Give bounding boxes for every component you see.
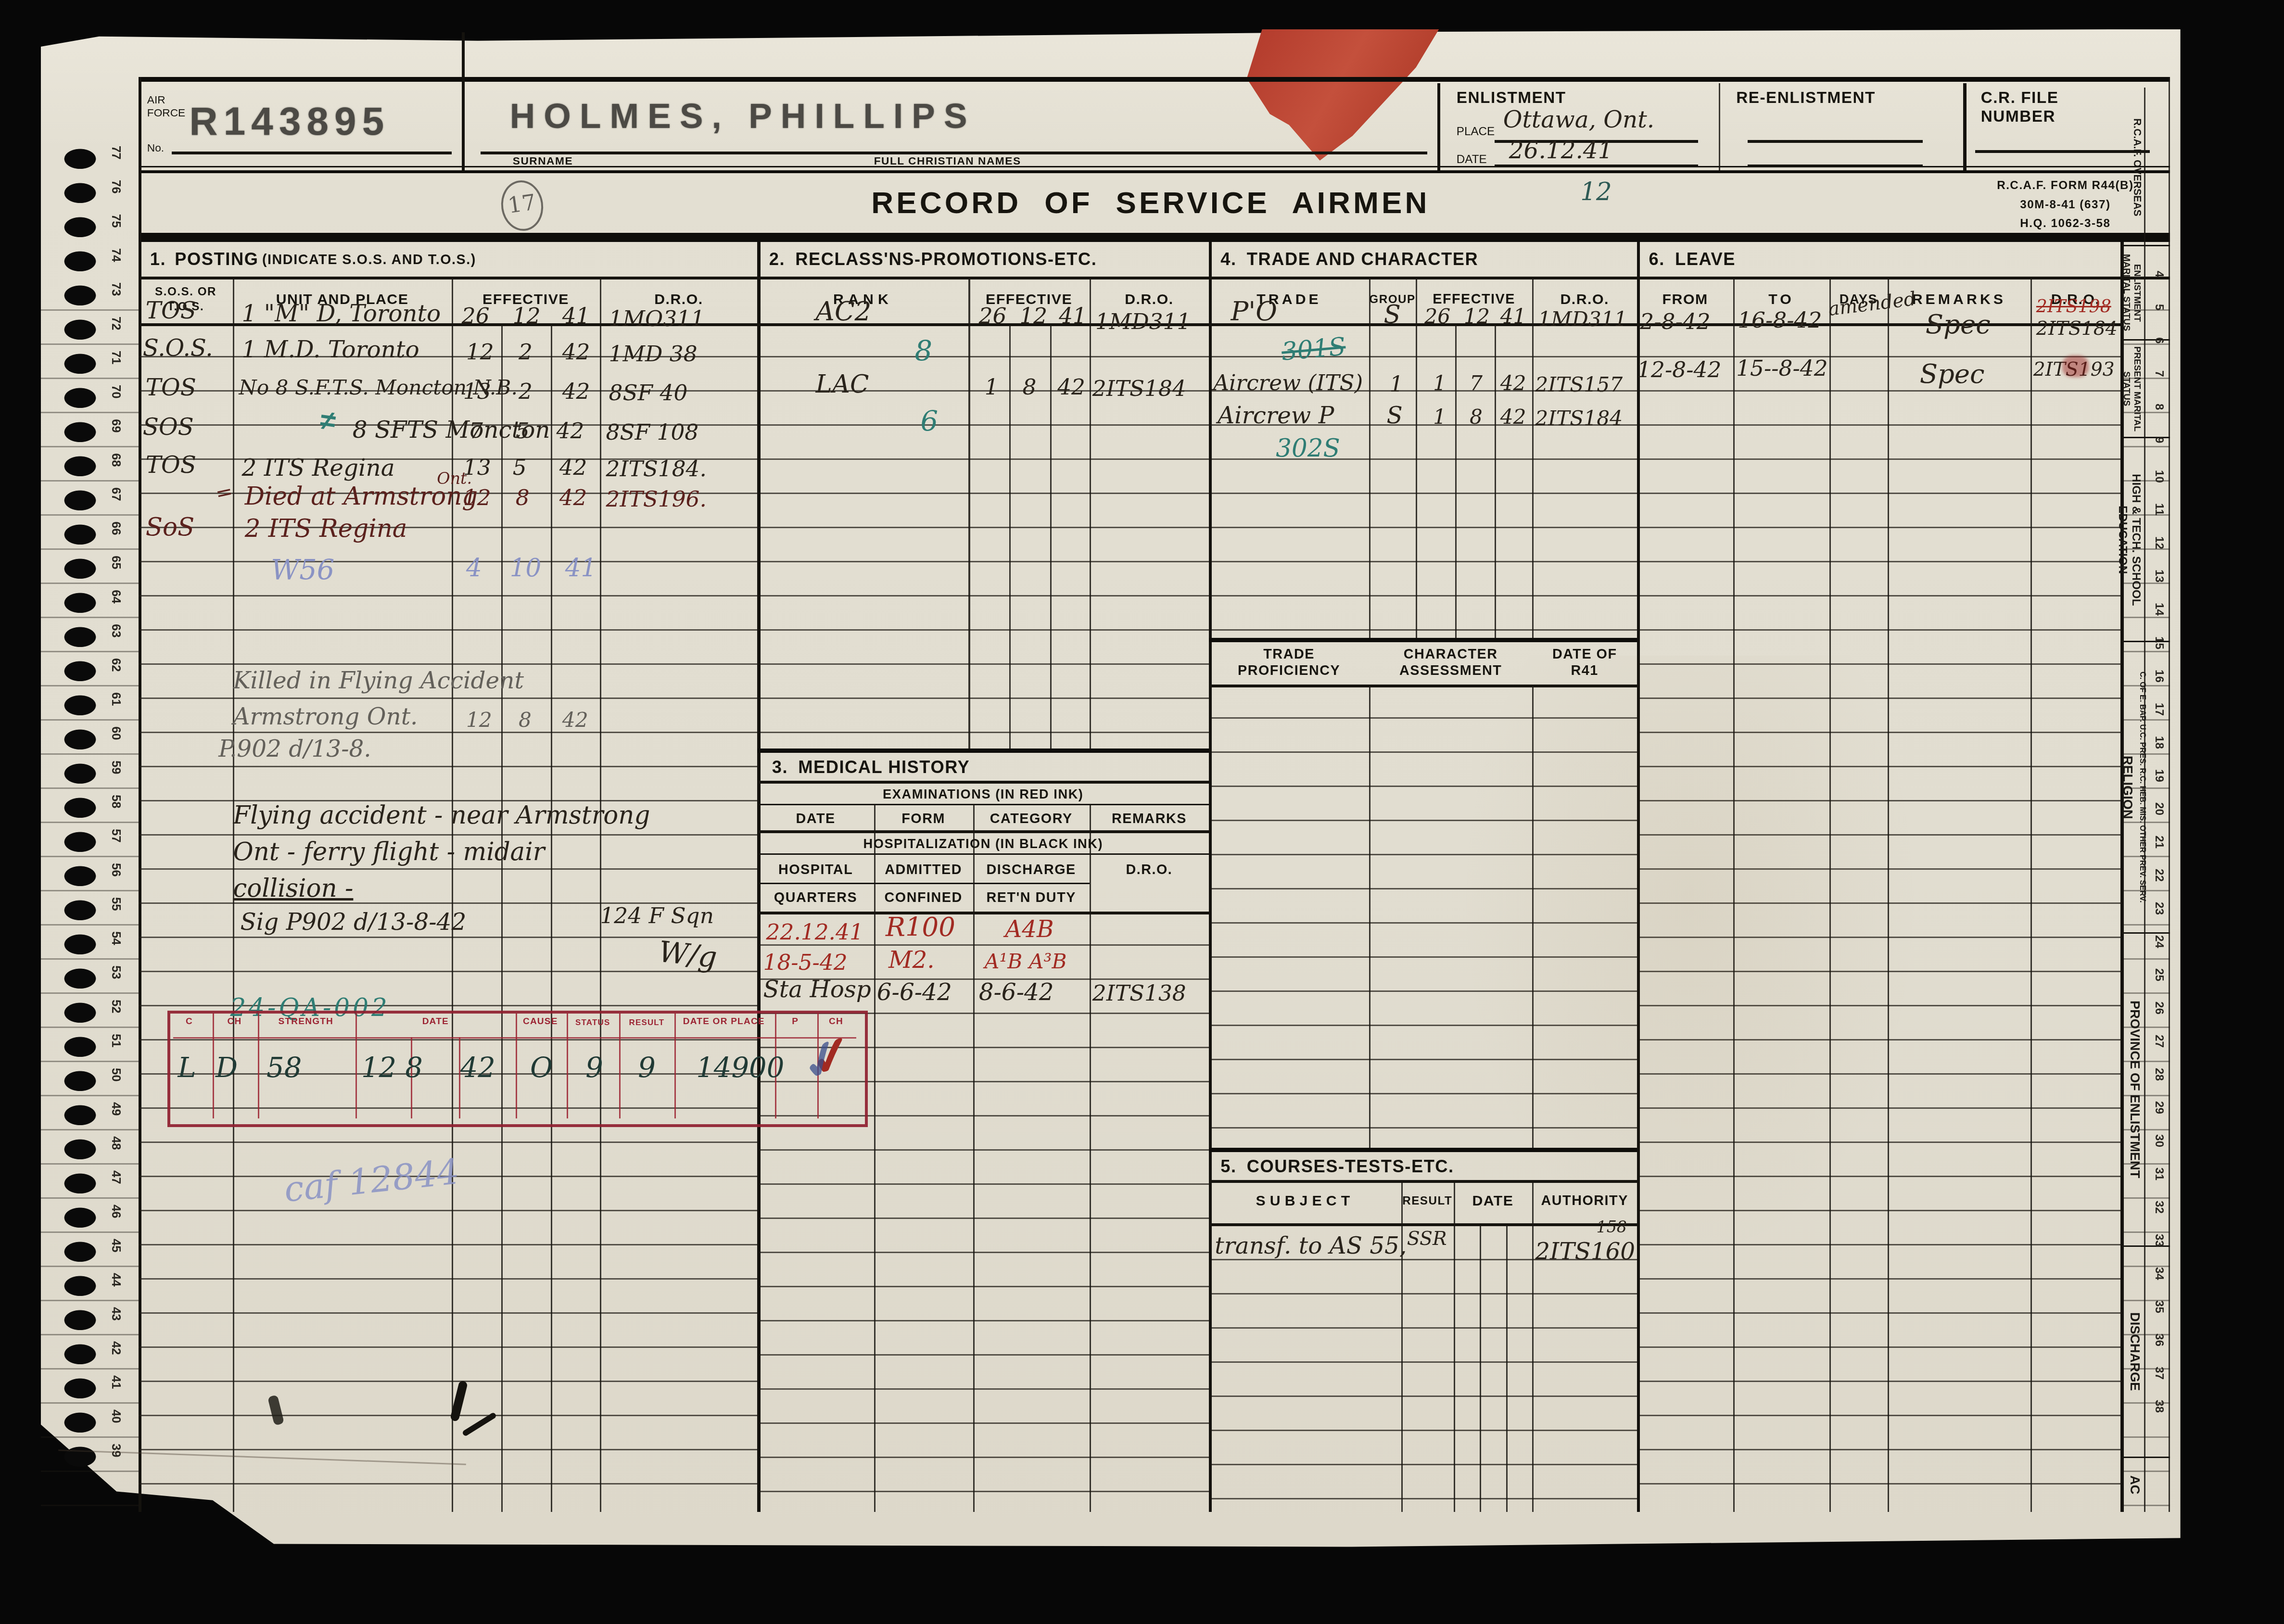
- trade-entry: 1: [1433, 405, 1446, 429]
- signature: W/g: [657, 935, 718, 975]
- leave-entry: 15--8-42: [1736, 355, 1827, 381]
- christian-names-label: FULL CHRISTIAN NAMES: [874, 154, 1021, 167]
- grid-line: [1009, 323, 1011, 751]
- enlistment-label: ENLISTMENT: [1457, 89, 1566, 107]
- medical-entry-red: A¹B A³B: [985, 950, 1067, 973]
- medical-exam-col-category: CATEGORY: [973, 811, 1090, 827]
- posting-col-dro: D.R.O.: [600, 292, 757, 308]
- posting-entry-blue: 4: [466, 554, 482, 583]
- stamp-line: [355, 1014, 357, 1118]
- stamp-header: DATE: [384, 1016, 486, 1027]
- trade-entry: 1: [1433, 371, 1446, 395]
- trade-entry: P'O: [1231, 296, 1277, 327]
- stamp-header: STATUS: [565, 1018, 621, 1028]
- stamp-header: P: [778, 1016, 813, 1027]
- posting-entry: TOS: [146, 297, 196, 324]
- stamp-header: RESULT: [618, 1018, 676, 1028]
- grid-line: [1963, 83, 1966, 171]
- grid-line: [1748, 140, 1922, 143]
- grid-line: [1050, 323, 1052, 751]
- grid-line: [1532, 277, 1534, 638]
- stamp-value: 12 8: [361, 1052, 423, 1084]
- strip-label-enlistment-marital: ENLISTMENT MARITAL STATUS: [2122, 246, 2143, 340]
- surname-label: SURNAME: [513, 154, 573, 167]
- medical-entry-red: 22.12.41: [766, 919, 863, 945]
- medical-entry-red: 18-5-42: [763, 950, 848, 975]
- posting-entry: 42: [559, 485, 587, 510]
- posting-entry: SOS: [143, 414, 194, 441]
- posting-entry-pencil: P.902 d/13-8.: [218, 736, 371, 762]
- trade-entry-teal-struck: 301S: [1281, 332, 1347, 367]
- trade-entry: S: [1383, 300, 1400, 329]
- leave-entry-dro-red: 2ITS198: [2036, 296, 2111, 317]
- strip-label-religion: RELIGION: [2120, 642, 2135, 932]
- medical-entry: Sta Hosp: [763, 976, 871, 1003]
- posting-entry: 2 ITS Regina: [245, 514, 407, 543]
- grid-line: [1495, 165, 1699, 167]
- medical-entry: 8-6-42: [979, 979, 1054, 1006]
- leave-col-to: TO: [1733, 292, 1829, 308]
- accident-note-line4: Sig P902 d/13-8-42: [241, 909, 467, 936]
- stamp-value: 58: [266, 1052, 302, 1084]
- posting-entry: 12: [466, 339, 494, 365]
- grid-line: [1209, 638, 1637, 642]
- posting-entry: S.O.S.: [143, 335, 213, 362]
- reclass-entry: 1: [985, 374, 999, 400]
- grid-line: [874, 804, 876, 1512]
- reclass-entry: LAC: [816, 370, 869, 399]
- accident-note-line3: collision -: [233, 874, 353, 903]
- trade-section-title: TRADE AND CHARACTER: [1247, 249, 1479, 269]
- place-label: PLACE: [1457, 125, 1495, 139]
- posting-entry-pencil: 42: [562, 708, 588, 732]
- trade-entry: 42: [1500, 405, 1526, 429]
- service-number: R143895: [190, 99, 390, 144]
- trade-entry: 7: [1470, 371, 1483, 395]
- posting-entry: TOS: [146, 452, 196, 479]
- trade-entry: 2ITS184: [1535, 406, 1623, 430]
- leave-entry: Spec: [1926, 309, 1991, 340]
- posting-entry: 42: [562, 339, 590, 365]
- stamp-line: [213, 1014, 214, 1118]
- posting-entry-blue: 41: [565, 554, 597, 583]
- grid-line: [139, 77, 2170, 81]
- posting-entry: 5: [516, 418, 530, 444]
- trade-entry: 1: [1390, 371, 1404, 397]
- airman-name: HOLMES, PHILLIPS: [510, 96, 976, 136]
- pencil-12: 12: [1580, 178, 1612, 206]
- strip-label-education: HIGH & TECH. SCHOOL EDUCATION: [2122, 438, 2143, 641]
- grid-line: [757, 749, 1209, 753]
- grid-line: [1506, 1226, 1508, 1511]
- posting-entry: SoS: [146, 513, 195, 542]
- medical-exam-band: EXAMINATIONS (IN RED INK): [757, 787, 1209, 802]
- medical-exam-col-form: FORM: [874, 811, 973, 827]
- trade-col-dro: D.R.O.: [1532, 292, 1637, 308]
- grid-line: [2169, 77, 2170, 1511]
- stamp-line: [258, 1014, 259, 1118]
- leave-col-from: FROM: [1637, 292, 1733, 308]
- posting-entry: 2ITS196.: [606, 486, 707, 512]
- grid-line: [968, 277, 970, 751]
- grid-line: [757, 830, 1209, 833]
- posting-entry: 8SF 40: [609, 380, 688, 406]
- medical-section-title: MEDICAL HISTORY: [798, 757, 970, 777]
- place-value: Ottawa, Ont.: [1503, 106, 1654, 133]
- posting-entry: 2 ITS Regina: [242, 455, 395, 482]
- left-row-numbers: 7776757473727170696867666564636261605958…: [108, 146, 124, 1478]
- trade-sub-proficiency2: PROFICIENCY: [1209, 663, 1369, 679]
- photo-of-service-record-card: 7776757473727170696867666564636261605958…: [0, 0, 2284, 1624]
- trade-entry: Aircrew (ITS): [1213, 370, 1363, 395]
- grid-line: [2030, 277, 2032, 1512]
- grid-line: [1090, 804, 1091, 1512]
- posting-entry-pencil: 12: [466, 708, 492, 732]
- strip-label-rcaf-overseas: R.C.A.F. OVERSEAS: [2122, 90, 2143, 245]
- grid-line: [501, 323, 503, 1512]
- grid-line: [1369, 685, 1370, 1148]
- courses-section-title: COURSES-TESTS-ETC.: [1247, 1156, 1454, 1177]
- leave-entry: 2-8-42: [1640, 309, 1710, 334]
- stamp-line: [516, 1014, 517, 1118]
- medical-exam-col-date: DATE: [757, 811, 874, 827]
- stamp-value: 14900: [696, 1052, 784, 1084]
- stamp-value: D: [216, 1052, 238, 1084]
- reclass-col-dro: D.R.O.: [1090, 292, 1209, 308]
- trade-entry: S: [1386, 402, 1402, 429]
- courses-section-number: 5.: [1220, 1156, 1236, 1177]
- reclass-entry: AC2: [816, 296, 872, 327]
- re-enlistment-label: RE-ENLISTMENT: [1736, 89, 1876, 107]
- strip-label-province: PROVINCE OF ENLISTMENT: [2122, 934, 2143, 1245]
- posting-entry: 1 M.D. Toronto: [242, 336, 419, 363]
- courses-col-subject: SUBJECT: [1209, 1193, 1401, 1209]
- strip-label-denominations: C. OF E. BAP. U.C. PRES. R.C. HEB. MIS. …: [2135, 642, 2147, 932]
- medical-entry-red: M2.: [888, 947, 935, 974]
- posting-entry: 42: [557, 418, 584, 444]
- posting-entry: 7: [469, 418, 483, 444]
- grid-line: [1719, 83, 1720, 171]
- posting-entry-pencil: 8: [519, 708, 532, 732]
- posting-entry: 42: [562, 379, 590, 404]
- grid-line: [1455, 323, 1457, 638]
- paper-stain: [1457, 656, 1923, 1268]
- cr-file-label-line2: NUMBER: [1981, 108, 2056, 126]
- reclass-entry: 2ITS184: [1092, 376, 1186, 401]
- reclass-entry: 12: [1019, 303, 1047, 329]
- stamp-header: C: [172, 1016, 207, 1027]
- medical-hosp-col: ADMITTED: [874, 862, 973, 878]
- medical-entry-red: R100: [886, 912, 955, 942]
- accident-note-squadron: 124 F Sqn: [600, 903, 713, 928]
- grid-line: [1495, 323, 1496, 638]
- trade-entry: 26: [1424, 304, 1450, 328]
- grid-line: [600, 277, 601, 1512]
- stamp-line: [567, 1014, 568, 1118]
- posting-entry-blue: 10: [510, 554, 542, 583]
- courses-col-result: RESULT: [1401, 1194, 1454, 1208]
- stamp-value: O: [530, 1052, 553, 1084]
- grid-line: [172, 152, 451, 154]
- reclass-entry: 42: [1057, 374, 1085, 400]
- grid-line: [462, 32, 465, 171]
- right-column-numbers: 4567891011121314151617181920212223242526…: [2151, 271, 2167, 1433]
- grid-line: [757, 912, 1209, 914]
- stamp-line: [619, 1014, 621, 1118]
- posting-entry: TOS: [146, 374, 196, 401]
- leave-entry: Spec: [1920, 358, 1985, 389]
- grid-line: [757, 804, 1209, 805]
- red-ink-smudge: [2062, 355, 2089, 377]
- posting-entry: 1MO311: [609, 306, 705, 331]
- grid-line: [973, 804, 975, 1512]
- posting-entry-pencil: Armstrong Ont.: [233, 703, 418, 730]
- grid-line: [1416, 277, 1417, 638]
- reclass-entry: 8: [1023, 374, 1037, 400]
- grid-line: [551, 323, 552, 1512]
- grid-line: [1209, 242, 1212, 1512]
- trade-section-number: 4.: [1220, 249, 1236, 269]
- medical-hosp-col: DISCHARGE: [973, 862, 1090, 878]
- leave-entry: 12-8-42: [1637, 357, 1721, 382]
- medical-hosp-col: CONFINED: [874, 890, 973, 906]
- stamp-header: DATE OR PLACE: [673, 1016, 775, 1027]
- trade-entry: 12: [1464, 304, 1490, 328]
- posting-entry: 2: [519, 379, 533, 404]
- leave-section-number: 6.: [1649, 249, 1664, 269]
- punch-holes: [61, 143, 99, 1477]
- strip-label-ac: AC: [2122, 1458, 2143, 1512]
- enlist-date-value: 26.12.41: [1509, 137, 1613, 164]
- reclass-section-title: RECLASS'NS-PROMOTIONS-ETC.: [795, 249, 1097, 269]
- stamp-header: STRENGTH: [259, 1016, 353, 1027]
- grid-line: [1090, 277, 1091, 751]
- stamp-value: L: [178, 1052, 196, 1084]
- posting-entry: 1 "M" D, Toronto: [242, 300, 441, 327]
- medical-hosp-col: HOSPITAL: [757, 862, 874, 878]
- posting-entry: 12: [463, 485, 491, 510]
- trade-entry: 41: [1500, 304, 1526, 328]
- posting-entry: 8SF 108: [606, 419, 699, 445]
- trade-entry-teal: 302S: [1276, 434, 1340, 463]
- trade-entry: 42: [1500, 371, 1526, 395]
- strip-label-present-marital: PRESENT MARITAL STATUS: [2122, 341, 2143, 437]
- stamp-value: 9: [638, 1052, 656, 1084]
- accident-note-line1: Flying accident - near Armstrong: [233, 801, 650, 830]
- stamp-header: CAUSE: [513, 1016, 568, 1027]
- posting-entry: 2ITS184.: [606, 456, 707, 482]
- reclass-entry-teal: 8: [914, 335, 932, 367]
- trade-entry: 2ITS157: [1535, 373, 1623, 396]
- grid-line: [1748, 165, 1922, 167]
- title-band: [139, 233, 2170, 241]
- reclass-entry: 41: [1059, 303, 1087, 329]
- air-force-label-line1: AIR: [147, 93, 165, 106]
- leave-entry: 16-8-42: [1738, 307, 1822, 333]
- reclass-entry: 26: [979, 303, 1007, 329]
- trade-entry: 8: [1470, 405, 1483, 429]
- posting-entry: 41: [562, 303, 590, 329]
- courses-entry-subject: transf. to AS 55,: [1215, 1232, 1407, 1259]
- medical-exam-col-remarks: REMARKS: [1090, 811, 1209, 827]
- medical-entry: 6-6-42: [877, 979, 952, 1006]
- grid-line: [757, 853, 1209, 855]
- medical-hosp-col: QUARTERS: [757, 890, 874, 906]
- posting-section-number: 1.: [150, 249, 166, 269]
- stamp-value: 42: [460, 1052, 495, 1084]
- posting-entry: 12: [513, 303, 541, 329]
- posting-entry-blue: W56: [271, 554, 334, 586]
- medical-section-number: 3.: [772, 757, 788, 777]
- courses-ruling: [1209, 1226, 1637, 1511]
- posting-entry: 13: [463, 379, 491, 404]
- page-title: RECORD OF SERVICE AIRMEN: [612, 185, 1690, 220]
- cr-file-label-line1: C.R. FILE: [1981, 89, 2059, 107]
- reclass-entry-teal: 6: [921, 405, 939, 437]
- strip-label-discharge: DISCHARGE: [2122, 1247, 2143, 1457]
- medical-hosp-band: HOSPITALIZATION (IN BLACK INK): [757, 836, 1209, 851]
- grid-line: [139, 170, 2170, 173]
- grid-line: [1437, 83, 1440, 171]
- stamp-line: [173, 1037, 856, 1039]
- posting-entry: 8: [516, 485, 530, 510]
- medical-entry: 2ITS138: [1092, 980, 1186, 1006]
- posting-entry: 42: [559, 455, 587, 480]
- reclass-section-number: 2.: [769, 249, 785, 269]
- air-force-label-line2: FORCE: [147, 106, 185, 119]
- trade-entry: 1MD311: [1538, 307, 1627, 331]
- posting-entry: 26: [462, 303, 490, 329]
- accident-note-line2: Ont - ferry flight - midair: [233, 837, 545, 866]
- stamp-value: 9: [585, 1052, 603, 1084]
- leave-section-title: LEAVE: [1675, 249, 1736, 269]
- reclass-entry: 1MD311: [1095, 309, 1191, 334]
- medical-hosp-col-dro: D.R.O.: [1090, 862, 1209, 878]
- date-label: DATE: [1457, 153, 1487, 166]
- medical-entry-red: A4B: [1005, 916, 1053, 943]
- trade-entry: Aircrew P: [1218, 402, 1334, 429]
- grid-line: [1480, 1226, 1481, 1511]
- stamp-line: [674, 1014, 676, 1118]
- posting-entry-pencil: Killed in Flying Accident: [233, 667, 523, 694]
- no-label: No.: [147, 141, 164, 154]
- grid-line: [757, 781, 1209, 784]
- medical-hosp-col: RET'N DUTY: [973, 890, 1090, 906]
- posting-entry: 2: [519, 339, 533, 365]
- posting-entry: 5: [513, 455, 527, 480]
- leave-entry-dro: 2ITS184: [2036, 317, 2118, 340]
- grid-line: [1369, 277, 1370, 638]
- grid-line: [139, 277, 2170, 279]
- posting-section-subtitle: (INDICATE S.O.S. AND T.O.S.): [262, 252, 476, 268]
- stamp-header: CH: [216, 1016, 254, 1027]
- posting-section-title: POSTING: [175, 249, 258, 269]
- courses-entry-result: SSR: [1407, 1228, 1447, 1250]
- trade-sub-proficiency: TRADE: [1209, 647, 1369, 662]
- grid-line: [452, 277, 453, 1512]
- grid-line: [757, 883, 1089, 884]
- grid-line: [1454, 1183, 1455, 1512]
- posting-entry: 1MD 38: [609, 341, 698, 367]
